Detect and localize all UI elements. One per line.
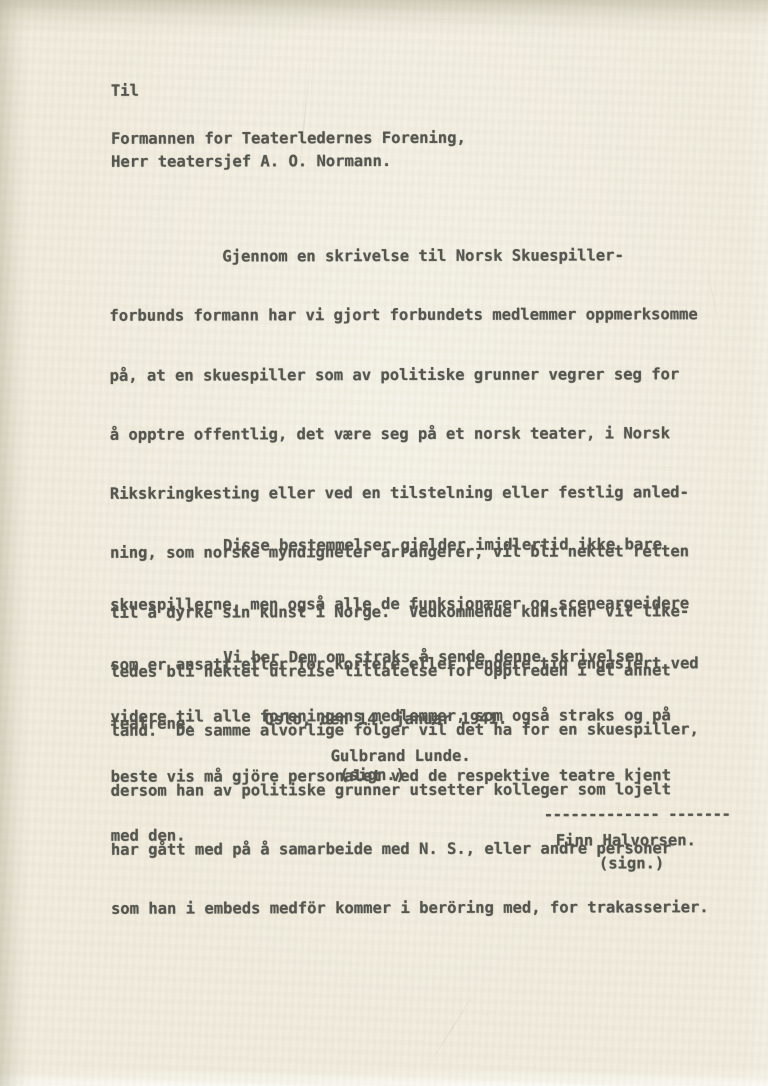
letter-line: forbunds formann har vi gjort forbundets…: [109, 303, 707, 328]
signature-primary-name: Gulbrand Lunde.: [331, 747, 471, 765]
letter-body: Til Formannen for Teaterledernes Forenin…: [0, 0, 768, 1086]
scanned-letter-page: Til Formannen for Teaterledernes Forenin…: [0, 0, 768, 1086]
separator-dashes: ------------- -------: [544, 805, 731, 823]
signature-secondary-sign-note: (sign.): [599, 854, 664, 872]
recipient-line-2: Herr teatersjef A. O. Normann.: [111, 152, 391, 171]
letter-line: Disse bestemmelser gjelder imidlertid ik…: [110, 533, 698, 558]
recipient-line-1: Formannen for Teaterledernes Forening,: [111, 129, 466, 148]
letter-line: å opptre offentlig, det være seg på et n…: [110, 422, 708, 447]
letter-line: Gjennom en skrivelse til Norsk Skuespill…: [109, 244, 707, 269]
letter-line: Vi ber Dem om straks å sende denne skriv…: [110, 645, 670, 670]
dateline: Oslo, den 14. januar 1941.: [264, 710, 507, 729]
letter-line: på, at en skuespiller som av politiske g…: [110, 363, 708, 388]
signature-primary-sign-note: (sign.): [340, 766, 405, 784]
signature-secondary-name: Finn Halvorsen.: [556, 831, 696, 849]
salutation: Til: [111, 82, 139, 100]
letter-line: som han i embeds medför kommer i berörin…: [111, 896, 709, 921]
